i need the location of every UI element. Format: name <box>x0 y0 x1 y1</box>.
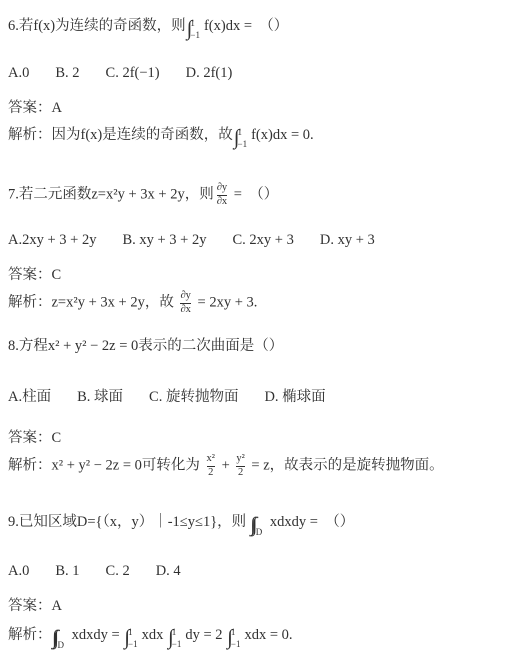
integral-icon: ∫1−1 <box>227 627 243 650</box>
answer-value: C <box>52 267 62 283</box>
integral-limits: 1−1 <box>231 627 241 650</box>
integral-limits: 1−1 <box>172 627 182 650</box>
q6-analysis-tail: f(x)dx = 0. <box>251 127 314 143</box>
integral-lower-limit: −1 <box>231 640 241 649</box>
q8-stem-text: 8.方程x² + y² − 2z = 0表示的二次曲面是（） <box>8 338 283 354</box>
integral-limits: 1−1 <box>238 127 248 150</box>
option-a: A.柱面 <box>8 385 51 406</box>
question-6-analysis: 解析：因为f(x)是连续的奇函数，故∫1−1f(x)dx = 0. <box>8 123 516 150</box>
integral-upper-limit: 1 <box>172 628 182 637</box>
option-c: C. 2f(−1) <box>106 65 160 82</box>
q7-stem-text: 7.若二元函数z=x²y + 3x + 2y，则 <box>8 186 214 202</box>
integral-upper-limit: 1 <box>190 19 200 28</box>
analysis-label: 解析： <box>8 127 52 143</box>
fraction-numerator: ∂y <box>180 290 190 303</box>
option-c: C. 2xy + 3 <box>232 232 293 249</box>
option-a: A.0 <box>8 65 29 82</box>
option-d: D. 2f(1) <box>186 65 233 82</box>
integral-lower-limit: −1 <box>190 31 200 40</box>
integral-upper-limit: 1 <box>128 628 138 637</box>
option-a: A.0 <box>8 563 29 580</box>
q9-analysis-seg2: xdx <box>142 627 167 643</box>
question-8-answer: 答案：C <box>8 426 516 447</box>
option-c: C. 旋转抛物面 <box>149 385 238 406</box>
analysis-label: 解析： <box>8 458 52 474</box>
question-8-analysis: 解析：x² + y² − 2z = 0可转化为 x²2 + y²2 = z，故表… <box>8 453 516 479</box>
integral-lower-limit: −1 <box>238 140 248 149</box>
integral-limits: 1−1 <box>128 627 138 650</box>
partial-derivative-fraction: ∂y∂x <box>217 182 227 208</box>
option-d: D. 4 <box>156 563 181 580</box>
answer-label: 答案： <box>8 100 52 116</box>
question-6-stem: 6.若f(x)为连续的奇函数，则∫1−1f(x)dx = （） <box>8 14 516 41</box>
question-9-options: A.0B. 1C. 2D. 4 <box>8 563 516 580</box>
fraction-numerator: ∂y <box>217 182 227 195</box>
fraction-numerator: y² <box>236 453 244 466</box>
exam-document: 6.若f(x)为连续的奇函数，则∫1−1f(x)dx = （） A.0B. 2C… <box>0 0 524 650</box>
question-7-answer: 答案：C <box>8 263 516 284</box>
integral-icon: ∫1−1 <box>124 627 140 650</box>
analysis-label: 解析： <box>8 295 52 311</box>
fraction-denominator: ∂x <box>180 303 190 317</box>
option-b: B. xy + 3 + 2y <box>122 232 206 249</box>
option-c: C. 2 <box>106 563 130 580</box>
answer-label: 答案： <box>8 598 52 614</box>
answer-value: A <box>52 100 62 116</box>
q7-analysis-tail: = 2xy + 3. <box>194 295 257 311</box>
q7-analysis-text: z=x²y + 3x + 2y，故 <box>52 295 178 311</box>
fraction-numerator: x² <box>207 453 215 466</box>
integral-icon: ∫1−1 <box>234 127 250 150</box>
double-integral-icon: ∫∫D <box>54 628 66 650</box>
double-integral-icon: ∫∫D <box>252 515 264 537</box>
question-6-answer: 答案：A <box>8 96 516 117</box>
q9-analysis-seg1: xdxdy = <box>68 627 123 643</box>
fraction-x-squared-over-2: x²2 <box>207 453 215 479</box>
answer-label: 答案： <box>8 430 52 446</box>
integral-icon: ∫1−1 <box>168 627 184 650</box>
q6-stem-tail: f(x)dx = （） <box>204 18 288 34</box>
q9-analysis-seg4: xdx = 0. <box>245 627 293 643</box>
question-9-analysis: 解析：∫∫D xdxdy = ∫1−1xdx ∫1−1dy = 2 ∫1−1xd… <box>8 623 516 650</box>
answer-label: 答案： <box>8 267 52 283</box>
q9-stem-tail: xdxdy = （） <box>266 514 354 530</box>
option-b: B. 球面 <box>77 385 123 406</box>
integral-limits: 1−1 <box>190 18 200 41</box>
option-d: D. xy + 3 <box>320 232 375 249</box>
q9-analysis-seg3: dy = 2 <box>185 627 226 643</box>
question-9-stem: 9.已知区域D={（x，y）｜-1≤y≤1}，则 ∫∫D xdxdy = （） <box>8 510 516 537</box>
q8-analysis-tail: = z，故表示的是旋转抛物面。 <box>248 458 444 474</box>
integral-region-subscript: D <box>57 641 64 650</box>
integral-region-subscript: D <box>256 528 263 537</box>
integral-lower-limit: −1 <box>128 640 138 649</box>
q6-analysis-text: 因为f(x)是连续的奇函数，故 <box>52 127 233 143</box>
option-a: A.2xy + 3 + 2y <box>8 232 96 249</box>
integral-upper-limit: 1 <box>231 628 241 637</box>
q7-stem-tail: = （） <box>230 186 278 202</box>
q9-stem-text: 9.已知区域D={（x，y）｜-1≤y≤1}，则 <box>8 514 250 530</box>
fraction-denominator: 2 <box>236 466 244 480</box>
question-8-options: A.柱面B. 球面C. 旋转抛物面D. 椭球面 <box>8 385 516 406</box>
answer-value: A <box>52 598 62 614</box>
partial-derivative-fraction: ∂y∂x <box>180 290 190 316</box>
analysis-label: 解析： <box>8 627 52 643</box>
option-d: D. 椭球面 <box>264 385 325 406</box>
integral-icon: ∫1−1 <box>187 18 203 41</box>
q8-analysis-text: x² + y² − 2z = 0可转化为 <box>52 458 204 474</box>
question-8-stem: 8.方程x² + y² − 2z = 0表示的二次曲面是（） <box>8 334 516 355</box>
question-7-options: A.2xy + 3 + 2yB. xy + 3 + 2yC. 2xy + 3D.… <box>8 232 516 249</box>
question-9-answer: 答案：A <box>8 594 516 615</box>
integral-upper-limit: 1 <box>238 128 248 137</box>
q6-stem-text: 6.若f(x)为连续的奇函数，则 <box>8 18 186 34</box>
option-b: B. 2 <box>55 65 79 82</box>
answer-value: C <box>52 430 62 446</box>
fraction-y-squared-over-2: y²2 <box>236 453 244 479</box>
integral-lower-limit: −1 <box>172 640 182 649</box>
option-b: B. 1 <box>55 563 79 580</box>
question-6-options: A.0B. 2C. 2f(−1)D. 2f(1) <box>8 65 516 82</box>
plus-sign: + <box>218 458 233 474</box>
fraction-denominator: 2 <box>207 466 215 480</box>
fraction-denominator: ∂x <box>217 195 227 209</box>
question-7-stem: 7.若二元函数z=x²y + 3x + 2y，则∂y∂x = （） <box>8 182 516 208</box>
question-7-analysis: 解析：z=x²y + 3x + 2y，故 ∂y∂x = 2xy + 3. <box>8 290 516 316</box>
